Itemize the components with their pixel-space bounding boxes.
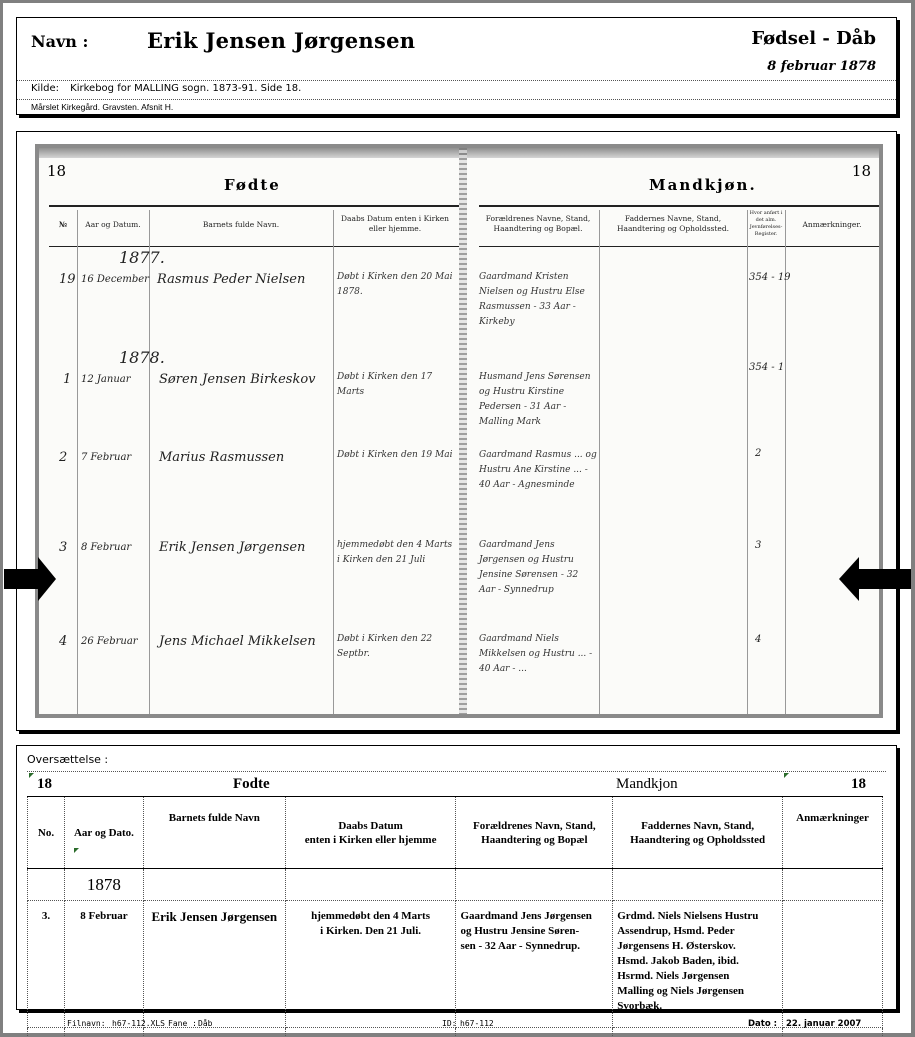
scan-title-right: Mandkjøn.	[649, 176, 757, 194]
scan-entry-baptism: Døbt i Kirken den 19 Mai	[337, 448, 455, 463]
entry-no: 3.	[28, 901, 65, 1028]
col-header-godparents: Faddernes Navn, Stand, Haandtering og Op…	[613, 797, 783, 869]
scan-entry-name: Marius Rasmussen	[159, 450, 284, 465]
scan-title-left: Fødte	[224, 176, 281, 194]
entry-godparents: Grdmd. Niels Nielsens Hustru Assendrup, …	[613, 901, 783, 1028]
scan-col-date: Aar og Datum.	[79, 220, 147, 230]
scan-entry-no: 1	[63, 372, 71, 387]
scan-entry-baptism: hjemmedøbt den 4 Marts i Kirken den 21 J…	[337, 538, 455, 568]
scan-entry-parents: Gaardmand Kristen Nielsen og Hustru Else…	[479, 270, 597, 330]
scan-col-baptism: Daabs Datum enten i Kirken eller hjemme.	[335, 214, 455, 234]
col-header-date: Aar og Dato.	[64, 797, 143, 869]
scan-page-number-left: 18	[47, 162, 66, 180]
table-cell	[285, 869, 456, 901]
scan-entry-date: 16 December	[81, 274, 149, 285]
scan-entry-register: 354 - 1	[749, 362, 784, 373]
scan-entry-no: 4	[59, 634, 67, 649]
footer-sheet: Dåb	[198, 1019, 212, 1028]
scan-page-number-right: 18	[852, 162, 871, 180]
table-header-row: No. Aar og Dato. Barnets fulde Navn Daab…	[28, 797, 883, 869]
table-cell	[456, 1028, 613, 1037]
scan-col-name: Barnets fulde Navn.	[151, 220, 331, 230]
table-cell	[782, 869, 882, 901]
source-line: Kilde: Kirkebog for MALLING sogn. 1873-9…	[31, 83, 301, 94]
grave-text: Mårslet Kirkegård. Gravsten. Afsnit H.	[31, 102, 173, 112]
scan-rule	[49, 205, 459, 207]
scan-entry-baptism: Døbt i Kirken den 20 Mai 1878.	[337, 270, 455, 300]
entry-parents: Gaardmand Jens Jørgensen og Hustru Jensi…	[456, 901, 613, 1028]
scan-col-no: №	[51, 220, 75, 230]
cell-comment-marker	[784, 773, 789, 778]
scan-entry-register: 3	[755, 540, 761, 551]
table-cell	[28, 869, 65, 901]
table-cell	[613, 869, 783, 901]
scan-card: 18 18 Fødte Mandkjøn. № Aar og Datum. Ba…	[16, 131, 897, 731]
footer-id: h67-112	[460, 1019, 494, 1028]
table-cell	[285, 1028, 456, 1037]
scan-entry-parents: Husmand Jens Sørensen og Hustru Kirstine…	[479, 370, 597, 430]
footer-filename: h67-112.XLS	[112, 1019, 165, 1028]
scan-col-line	[747, 210, 748, 714]
footer-date-label: Dato :	[748, 1019, 777, 1029]
divider	[17, 99, 896, 100]
person-name: Erik Jensen Jørgensen	[147, 28, 415, 53]
year-cell: 1878	[64, 869, 143, 901]
scan-entry-date: 7 Februar	[81, 452, 131, 463]
scan-entry-date: 8 Februar	[81, 542, 131, 553]
book-gutter	[459, 148, 467, 714]
table-cell	[143, 1028, 285, 1037]
scan-year: 1877.	[119, 248, 165, 267]
scan-rule	[479, 205, 879, 207]
scan-entry-no: 2	[59, 450, 67, 465]
translation-card: Oversættelse : 18 Fodte Mandkjon 18 No. …	[16, 745, 897, 1010]
scan-entry-no: 19	[59, 272, 76, 287]
col-header-child-name: Barnets fulde Navn	[143, 797, 285, 869]
scan-entry-register: 4	[755, 634, 761, 645]
translation-title-left: Fodte	[233, 776, 270, 793]
scan-col-godparents: Faddernes Navne, Stand, Haandtering og O…	[601, 214, 745, 234]
col-header-remarks: Anmærkninger	[782, 797, 882, 869]
footer-id-label: ID:	[442, 1019, 456, 1028]
scan-col-parents: Forældrenes Navne, Stand, Haandtering og…	[479, 214, 597, 234]
table-row: 3. 8 Februar Erik Jensen Jørgensen hjemm…	[28, 901, 883, 1028]
entry-child-name: Erik Jensen Jørgensen	[143, 901, 285, 1028]
scan-entry-name: Rasmus Peder Nielsen	[157, 272, 305, 287]
table-cell	[28, 1028, 65, 1037]
entry-remarks	[782, 901, 882, 1028]
col-header-parents: Forældrenes Navn, Stand, Haandtering og …	[456, 797, 613, 869]
scan-entry-name: Erik Jensen Jørgensen	[159, 540, 305, 555]
scan-rule	[49, 246, 459, 247]
scan-entry-register: 2	[755, 448, 761, 459]
arrow-right-icon	[4, 557, 56, 601]
scan-col-line	[77, 210, 78, 714]
scan-col-line	[599, 210, 600, 714]
scan-entry-no: 3	[59, 540, 67, 555]
scan-col-line	[785, 210, 786, 714]
scan-col-line	[149, 210, 150, 714]
footer-sheet-label: Fane :	[168, 1019, 197, 1028]
cell-comment-marker	[29, 773, 34, 778]
table-cell	[456, 869, 613, 901]
translation-page-number-left: 18	[37, 776, 52, 793]
header-card: Navn : Erik Jensen Jørgensen Fødsel - Då…	[16, 17, 897, 115]
footer-filename-label: Filnavn:	[67, 1019, 106, 1028]
scan-year: 1878.	[119, 348, 165, 367]
translation-table: No. Aar og Dato. Barnets fulde Navn Daab…	[27, 796, 883, 1037]
divider	[17, 80, 896, 81]
table-cell	[143, 869, 285, 901]
translation-title-right: Mandkjon	[616, 776, 678, 793]
source-text: Kirkebog for MALLING sogn. 1873-91. Side…	[70, 83, 301, 94]
scan-col-remarks: Anmærkninger.	[787, 220, 877, 230]
divider	[27, 771, 886, 772]
record-type: Fødsel - Dåb	[751, 28, 876, 49]
scan-entry-baptism: Døbt i Kirken den 17 Marts	[337, 370, 455, 400]
entry-date: 8 Februar	[64, 901, 143, 1028]
scan-entry-name: Jens Michael Mikkelsen	[159, 634, 316, 649]
translation-label: Oversættelse :	[27, 753, 108, 766]
scan-entry-parents: Gaardmand Niels Mikkelsen og Hustru ... …	[479, 632, 597, 677]
scan-entry-name: Søren Jensen Birkeskov	[159, 372, 316, 387]
arrow-left-icon	[839, 557, 911, 601]
cell-comment-marker	[74, 848, 79, 853]
col-header-baptism: Daabs Datum enten i Kirken eller hjemme	[285, 797, 456, 869]
scan-col-line	[333, 210, 334, 714]
col-header-no: No.	[28, 797, 65, 869]
scan-entry-date: 12 Januar	[81, 374, 131, 385]
scan-col-register: Hvor anført i det alm. Jevnførelses-Regi…	[748, 210, 784, 238]
source-label: Kilde:	[31, 83, 59, 94]
scan-entry-date: 26 Februar	[81, 636, 138, 647]
scan-entry-parents: Gaardmand Jens Jørgensen og Hustru Jensi…	[479, 538, 597, 598]
entry-baptism: hjemmedøbt den 4 Marts i Kirken. Den 21 …	[285, 901, 456, 1028]
church-book-scan: 18 18 Fødte Mandkjøn. № Aar og Datum. Ba…	[35, 144, 883, 718]
table-year-row: 1878	[28, 869, 883, 901]
footer-date: 22. januar 2007	[786, 1019, 861, 1029]
scan-entry-parents: Gaardmand Rasmus ... og Hustru Ane Kirst…	[479, 448, 597, 493]
scan-entry-baptism: Døbt i Kirken den 22 Septbr.	[337, 632, 455, 662]
translation-page-number-right: 18	[851, 776, 866, 793]
table-cell	[64, 1028, 143, 1037]
record-date: 8 februar 1878	[767, 59, 876, 74]
name-label: Navn :	[31, 32, 88, 51]
scan-entry-register: 354 - 19	[749, 272, 791, 283]
scan-rule	[479, 246, 879, 247]
